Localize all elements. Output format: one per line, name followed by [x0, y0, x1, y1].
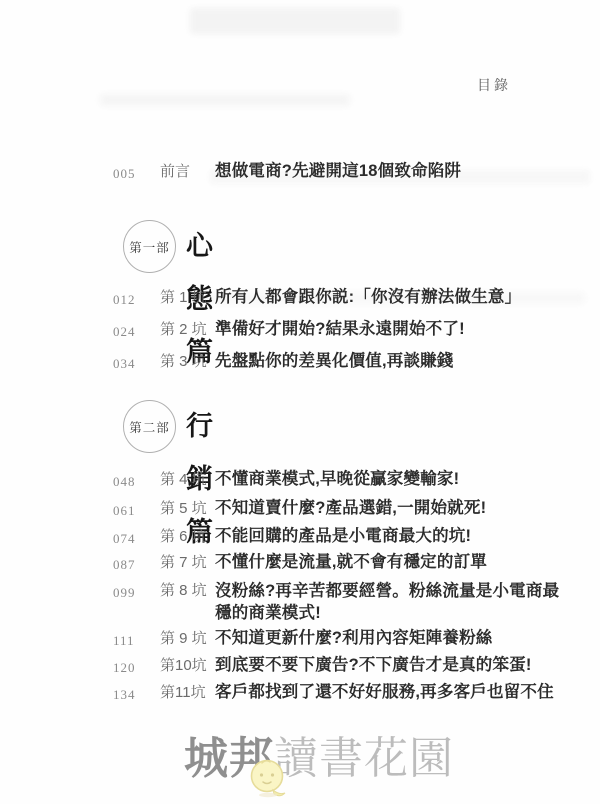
chick-mascot-icon: [246, 757, 292, 803]
chapter-label: 前言: [160, 161, 215, 182]
page-title: 目錄: [477, 75, 511, 95]
toc-row-preface: 005 前言 想做電商?先避開這18個致命陷阱: [113, 161, 461, 184]
toc-row: 034 第 3 坑 先盤點你的差異化價值,再談賺錢: [113, 351, 454, 374]
part-badge: 第一部: [123, 220, 176, 273]
toc-row: 111 第 9 坑 不知道更新什麼?利用內容矩陣養粉絲: [113, 628, 492, 651]
part-badge: 第二部: [123, 400, 176, 453]
page-number: 134: [113, 682, 160, 705]
toc-row: 024 第 2 坑 準備好才開始?結果永遠開始不了!: [113, 319, 465, 342]
chapter-label: 第 7 坑: [160, 552, 215, 573]
page-number: 087: [113, 552, 160, 575]
page-number: 061: [113, 498, 160, 521]
page-number: 012: [113, 287, 160, 310]
chapter-label: 第 1 坑: [160, 287, 215, 308]
page-number: 074: [113, 526, 160, 549]
chapter-label: 第 6 坑: [160, 526, 215, 547]
chapter-label: 第 9 坑: [160, 628, 215, 649]
page-number: 120: [113, 655, 160, 678]
chapter-title: 沒粉絲?再辛苦都要經營。粉絲流量是小電商最穩的商業模式!: [215, 580, 562, 624]
page-number: 111: [113, 628, 160, 651]
publisher-tagline: 讀書花園: [274, 734, 454, 783]
toc-row: 012 第 1 坑 所有人都會跟你説:「你沒有辦法做生意」: [113, 287, 521, 310]
chapter-title: 到底要不要下廣告?不下廣告才是真的笨蛋!: [215, 655, 532, 676]
page-number: 034: [113, 351, 160, 374]
scan-showthrough: [190, 8, 400, 34]
page-number: 099: [113, 580, 160, 603]
toc-row: 099 第 8 坑 沒粉絲?再辛苦都要經營。粉絲流量是小電商最穩的商業模式!: [113, 580, 562, 624]
chapter-title: 所有人都會跟你説:「你沒有辦法做生意」: [215, 287, 521, 308]
chapter-label: 第 2 坑: [160, 319, 215, 340]
page-number: 048: [113, 469, 160, 492]
chapter-label: 第 5 坑: [160, 498, 215, 519]
chapter-title: 不懂什麼是流量,就不會有穩定的訂單: [215, 552, 487, 573]
page-number: 024: [113, 319, 160, 342]
scan-showthrough: [100, 94, 350, 106]
chapter-title: 不知道更新什麼?利用內容矩陣養粉絲: [215, 628, 492, 649]
chapter-title: 準備好才開始?結果永遠開始不了!: [215, 319, 465, 340]
toc-row: 087 第 7 坑 不懂什麼是流量,就不會有穩定的訂單: [113, 552, 487, 575]
toc-row: 074 第 6 坑 不能回購的產品是小電商最大的坑!: [113, 526, 471, 549]
chapter-title: 不能回購的產品是小電商最大的坑!: [215, 526, 471, 547]
toc-row: 134 第11坑 客戶都找到了還不好好服務,再多客戶也留不住: [113, 682, 554, 705]
chapter-title: 客戶都找到了還不好好服務,再多客戶也留不住: [215, 682, 554, 703]
chapter-label: 第10坑: [160, 655, 215, 676]
page-number: 005: [113, 161, 160, 184]
book-toc-page: 目錄 005 前言 想做電商?先避開這18個致命陷阱 第一部 心態篇 012 第…: [0, 0, 600, 804]
toc-row: 048 第 4 坑 不懂商業模式,早晚從贏家變輸家!: [113, 469, 459, 492]
chapter-label: 第 3 坑: [160, 351, 215, 372]
chapter-title: 想做電商?先避開這18個致命陷阱: [215, 161, 461, 182]
publisher-watermark: 城邦讀書花園: [184, 734, 454, 784]
chapter-label: 第 4 坑: [160, 469, 215, 490]
toc-row: 061 第 5 坑 不知道賣什麼?產品選錯,一開始就死!: [113, 498, 486, 521]
chapter-title: 先盤點你的差異化價值,再談賺錢: [215, 351, 454, 372]
chapter-title: 不知道賣什麼?產品選錯,一開始就死!: [215, 498, 486, 519]
chapter-title: 不懂商業模式,早晚從贏家變輸家!: [215, 469, 459, 490]
toc-row: 120 第10坑 到底要不要下廣告?不下廣告才是真的笨蛋!: [113, 655, 532, 678]
chapter-label: 第11坑: [160, 682, 215, 703]
chapter-label: 第 8 坑: [160, 580, 215, 601]
